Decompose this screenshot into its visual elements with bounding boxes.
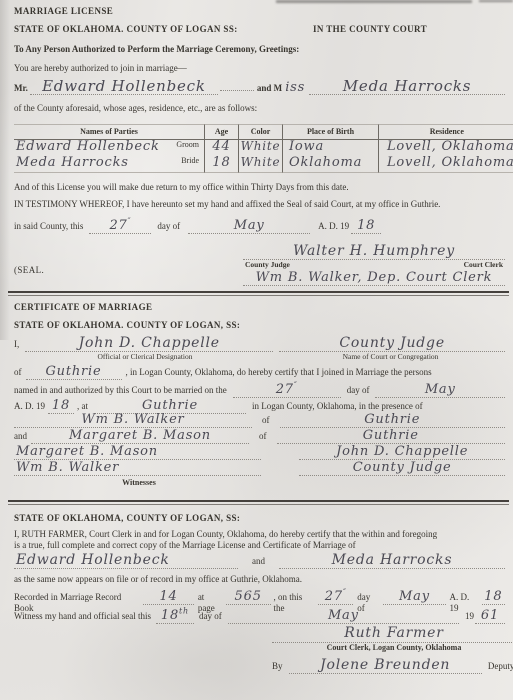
date-line-dayof: day of bbox=[157, 221, 180, 232]
scan-artifact-top-smudge bbox=[276, 0, 472, 3]
seal-month-handwritten: May bbox=[228, 609, 459, 624]
by-label: By bbox=[272, 661, 283, 672]
groom-name-handwritten: Edward Hollenbeck bbox=[30, 78, 218, 95]
aforesaid-line: of the County aforesaid, whose ages, res… bbox=[14, 103, 505, 114]
married-dayof-label: day of bbox=[347, 385, 370, 396]
bride-name-handwritten: Meda Harrocks bbox=[309, 78, 505, 95]
col-header-residence: Residence bbox=[378, 124, 513, 140]
married-day-value: 27 bbox=[276, 382, 294, 397]
bride-birthplace: Oklahoma bbox=[282, 156, 378, 173]
clerk-certify-line1: I, RUTH FARMER, Court Clerk in and for L… bbox=[14, 529, 505, 540]
license-day-value: 27 bbox=[109, 218, 127, 233]
section-divider-2 bbox=[8, 500, 509, 505]
license-month-handwritten: May bbox=[188, 219, 310, 234]
presence-clause: in Logan County, Oklahoma, in the presen… bbox=[252, 401, 423, 412]
groom-birthplace: Iowa bbox=[282, 140, 378, 156]
authorization-line: You are hereby authorized to join in mar… bbox=[14, 63, 505, 74]
judge-certificate-signature: John D. Chappelle bbox=[299, 445, 505, 460]
table-row-bride-name: Meda Harrocks bbox=[14, 156, 166, 173]
clerk-certify-line2: is a true, full complete and correct cop… bbox=[14, 540, 505, 551]
state-county-line: STATE OF OKLAHOMA. COUNTY OF LOGAN SS: bbox=[14, 24, 238, 35]
mr-label: Mr. bbox=[14, 83, 28, 94]
deputy-signature-handwritten: Jolene Breunden bbox=[289, 657, 482, 674]
of-label: of bbox=[14, 367, 22, 378]
certificate-title: CERTIFICATE OF MARRIAGE bbox=[14, 302, 505, 313]
married-pre: named in and authorized by this Court to… bbox=[14, 385, 227, 396]
scan-artifact-corner-smudge bbox=[479, 0, 513, 2]
certificate-state-line: STATE OF OKLAHOMA. COUNTY OF LOGAN, SS: bbox=[14, 320, 505, 331]
record-day-mark: ″ bbox=[343, 588, 347, 597]
date-line-ad: A. D. 19 bbox=[318, 221, 349, 232]
official-name-handwritten: John D. Chappelle bbox=[25, 335, 273, 352]
court-congregation-label: Name of Court or Congregation bbox=[276, 352, 505, 361]
judge-signature-block: Walter H. Humphrey County Judge Court Cl… bbox=[243, 243, 505, 286]
county-judge-label: County Judge bbox=[245, 260, 290, 269]
seal-label: (SEAL. bbox=[14, 265, 44, 286]
license-day-mark: ″ bbox=[128, 217, 132, 226]
bride-residence: Lovell, Oklahoma bbox=[378, 156, 513, 173]
clerk-state-line: STATE OF OKLAHOMA, COUNTY OF LOGAN, SS: bbox=[14, 513, 505, 524]
return-clause: And of this License you will make due re… bbox=[14, 182, 505, 193]
record-day-value: 27 bbox=[325, 589, 343, 604]
seal-day-suffix: th bbox=[179, 607, 189, 616]
groom-role-label: Groom bbox=[166, 140, 204, 156]
license-year-handwritten: 18 bbox=[351, 219, 381, 234]
witness2-city-handwritten: Guthrie bbox=[277, 429, 506, 444]
official-title-handwritten: County Judge bbox=[279, 335, 505, 352]
ad-label: A. D. 19 bbox=[14, 401, 45, 412]
document-title: MARRIAGE LICENSE bbox=[14, 6, 505, 17]
date-line-pre: in said County, this bbox=[14, 221, 83, 232]
bride-color: White bbox=[238, 156, 282, 173]
book-number-handwritten: 14 bbox=[143, 590, 194, 605]
clerk-signature-block: Ruth Farmer Court Clerk, Logan County, O… bbox=[272, 625, 513, 674]
col-header-birth: Place of Birth bbox=[282, 124, 378, 140]
groom-age: 44 bbox=[204, 140, 238, 156]
file-clause: as the same now appears on file or of re… bbox=[14, 574, 505, 585]
groom-color: White bbox=[238, 140, 282, 156]
seal-dayof-label: day of bbox=[199, 611, 222, 622]
of-city-handwritten: Guthrie bbox=[26, 365, 122, 380]
table-row-groom-name: Edward Hollenbeck bbox=[14, 140, 166, 156]
bride-role-label: Bride bbox=[166, 156, 204, 173]
i-label: I, bbox=[14, 339, 19, 350]
col-header-color: Color bbox=[238, 124, 282, 140]
judge-title-signature: County Judge bbox=[299, 461, 505, 476]
married-day-mark: ″ bbox=[294, 381, 298, 390]
seal-day-handwritten: 18th bbox=[156, 609, 194, 624]
clerk-groom-name-handwritten: Edward Hollenbeck bbox=[14, 552, 238, 569]
col-header-age: Age bbox=[204, 124, 238, 140]
bride-age: 18 bbox=[204, 156, 238, 173]
witness2-of-label: of bbox=[259, 431, 267, 442]
seal-year-pre: 19 bbox=[465, 611, 474, 622]
clerk-and-label: and bbox=[252, 556, 265, 567]
blank-leader bbox=[220, 90, 254, 91]
witness1-name-handwritten: Wm B. Walker bbox=[14, 413, 252, 428]
clerk-bride-name-handwritten: Meda Harrocks bbox=[279, 552, 505, 569]
groom-residence: Lovell, Oklahoma bbox=[378, 140, 513, 156]
judge-signature-handwritten: Walter H. Humphrey bbox=[243, 243, 505, 260]
ad-year-handwritten: 18 bbox=[48, 399, 74, 414]
and-label: and M bbox=[257, 83, 282, 94]
designation-label: Official or Clerical Designation bbox=[14, 352, 276, 361]
parties-table: Names of Parties Age Color Place of Birt… bbox=[14, 124, 505, 173]
record-year-handwritten: 18 bbox=[482, 590, 505, 605]
witness-signature-2: Wm B. Walker bbox=[14, 461, 261, 476]
witness1-of-label: of bbox=[262, 415, 270, 426]
at-label: , at bbox=[77, 401, 88, 412]
scan-artifact-left-shadow bbox=[0, 0, 10, 340]
clerk-signature-handwritten: Ruth Farmer bbox=[272, 625, 513, 643]
license-day-handwritten: 27″ bbox=[89, 219, 151, 234]
page-number-handwritten: 565 bbox=[226, 590, 271, 605]
married-day-handwritten: 27″ bbox=[233, 383, 341, 398]
seal-day-value: 18 bbox=[161, 608, 179, 623]
col-header-names: Names of Parties bbox=[14, 124, 204, 140]
witness1-city-handwritten: Guthrie bbox=[280, 413, 506, 428]
clerk-title-label: Court Clerk, Logan County, Oklahoma bbox=[272, 643, 513, 653]
scanned-marriage-license-document: MARRIAGE LICENSE STATE OF OKLAHOMA. COUN… bbox=[0, 0, 513, 700]
greeting-line: To Any Person Authorized to Perform the … bbox=[14, 44, 505, 55]
section-divider bbox=[8, 291, 509, 296]
miss-script: iss bbox=[285, 81, 305, 95]
witness-signature-1: Margaret B. Mason bbox=[14, 445, 261, 460]
deputy-label: Deputy. bbox=[488, 661, 513, 672]
married-month-handwritten: May bbox=[375, 383, 505, 398]
court-header: IN THE COUNTY COURT bbox=[313, 24, 427, 35]
witness-seal-pre: Witness my hand and official seal this bbox=[14, 611, 151, 622]
witness2-name-handwritten: Margaret B. Mason bbox=[31, 429, 249, 444]
certify-clause: , in Logan County, Oklahoma, do hereby c… bbox=[126, 367, 432, 378]
witness2-and-label: and bbox=[14, 431, 27, 442]
record-day-handwritten: 27″ bbox=[318, 590, 353, 605]
witnesses-label: Witnesses bbox=[14, 478, 264, 487]
record-month-handwritten: May bbox=[383, 590, 445, 605]
seal-year-handwritten: 61 bbox=[475, 609, 505, 624]
deputy-clerk-signature-handwritten: Wm B. Walker, Dep. Court Clerk bbox=[243, 271, 505, 286]
court-clerk-label: Court Clerk bbox=[464, 260, 503, 269]
testimony-clause: IN TESTIMONY WHEREOF, I have hereunto se… bbox=[14, 199, 505, 210]
